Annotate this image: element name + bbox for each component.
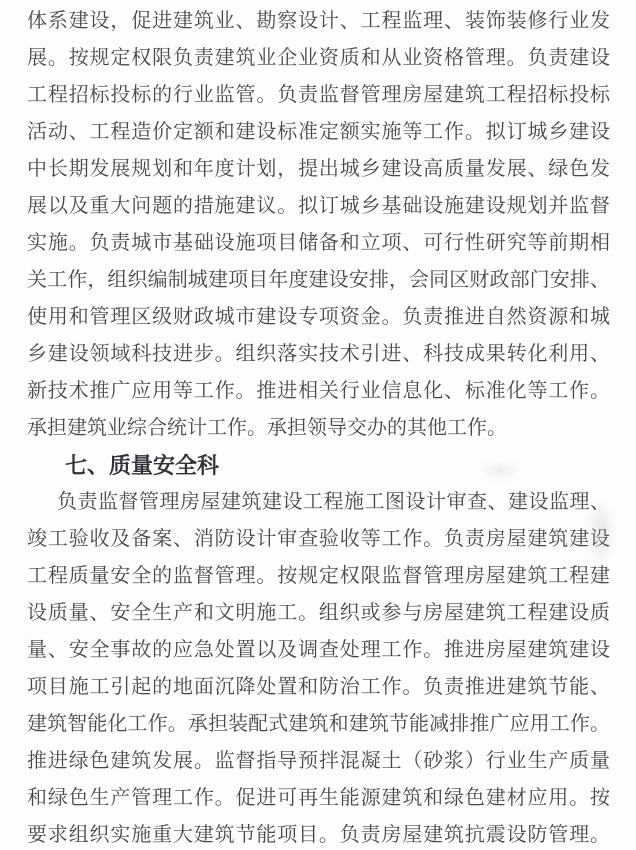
text-line: 项目施工引起的地面沉降处置和防治工作。负责推进建筑节能、: [27, 669, 610, 706]
text-line: 展以及重大问题的措施建议。拟订城乡基础设施建设规划并监督: [27, 188, 610, 225]
scanned-document-page: 体系建设，促进建筑业、勘察设计、工程监理、装饰装修行业发展。按规定权限负责建筑业…: [0, 0, 636, 850]
text-line: 体系建设，促进建筑业、勘察设计、工程监理、装饰装修行业发: [27, 3, 610, 40]
text-line: 实施。负责城市基础设施项目储备和立项、可行性研究等前期相: [27, 225, 610, 262]
text-line: 承担建筑业综合统计工作。承担领导交办的其他工作。: [27, 410, 610, 447]
text-line: 使用和管理区级财政城市建设专项资金。负责推进自然资源和城: [27, 299, 610, 336]
text-line: 展。按规定权限负责建筑业企业资质和从业资格管理。负责建设: [27, 40, 610, 77]
text-line: 新技术推广应用等工作。推进相关行业信息化、标准化等工作。: [27, 373, 610, 410]
text-line: 乡建设领域科技进步。组织落实技术引进、科技成果转化利用、: [27, 336, 610, 373]
text-line: 工程质量安全的监督管理。按规定权限监督管理房屋建筑工程建: [27, 558, 610, 595]
text-line: 活动、工程造价定额和建设标准定额实施等工作。拟订城乡建设: [27, 114, 610, 151]
text-line: 建筑智能化工作。承担装配式建筑和建筑节能减排推广应用工作。: [27, 706, 610, 743]
text-line: 量、安全事故的应急处置以及调查处理工作。推进房屋建筑建设: [27, 632, 610, 669]
text-line: 竣工验收及备案、消防设计审查验收等工作。负责房屋建筑建设: [27, 521, 610, 558]
text-line: 中长期发展规划和年度计划，提出城乡建设高质量发展、绿色发: [27, 151, 610, 188]
text-line: 工程招标投标的行业监管。负责监督管理房屋建筑工程招标投标: [27, 77, 610, 114]
text-line: 和绿色生产管理工作。促进可再生能源建筑和绿色建材应用。按: [27, 780, 610, 817]
text-line: 负责监督管理房屋建筑建设工程施工图设计审查、建设监理、: [27, 484, 610, 521]
text-line: 推进绿色建筑发展。监督指导预拌混凝土（砂浆）行业生产质量: [27, 743, 610, 780]
text-line: 要求组织实施重大建筑节能项目。负责房屋建筑抗震设防管理。: [27, 817, 610, 850]
text-line: 关工作，组织编制城建项目年度建设安排，会同区财政部门安排、: [27, 262, 610, 299]
text-line: 设质量、安全生产和文明施工。组织或参与房屋建筑工程建设质: [27, 595, 610, 632]
section-heading: 七、质量安全科: [27, 447, 610, 484]
document-body: 体系建设，促进建筑业、勘察设计、工程监理、装饰装修行业发展。按规定权限负责建筑业…: [27, 3, 610, 850]
